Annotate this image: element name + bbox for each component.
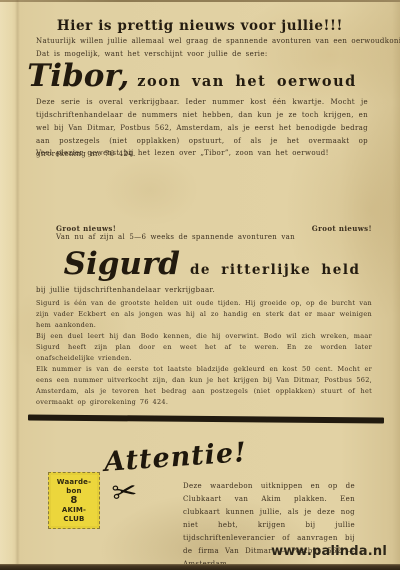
scanned-advertisement-page: Hier is prettig nieuws voor jullie!!! Na… bbox=[0, 0, 400, 570]
coupon-number: 8 bbox=[70, 495, 77, 506]
akim-club-coupon: Waarde- bon 8 AKIM- CLUB bbox=[48, 472, 100, 529]
scan-edge-bottom bbox=[0, 564, 400, 570]
sigurd-title: Sigurd de ritterlijke held bbox=[12, 246, 400, 282]
sigurd-paragraph-3: Elk nummer is van de eerste tot laatste … bbox=[36, 364, 372, 408]
coupon-line-akim: AKIM- bbox=[62, 506, 86, 515]
section-divider-bar bbox=[28, 414, 384, 423]
intro-line-1: Natuurlijk willen jullie allemaal wel gr… bbox=[36, 35, 400, 48]
tibor-title: Tibor, zoon van het oerwoud bbox=[0, 58, 392, 94]
tibor-title-rest: zoon van het oerwoud bbox=[137, 73, 356, 90]
sigurd-title-rest: de ritterlijke held bbox=[190, 262, 360, 278]
sigurd-title-script: Sigurd bbox=[64, 246, 180, 282]
scissors-icon: ✂ bbox=[110, 473, 140, 511]
sigurd-availability: bij jullie tijdschriftenhandelaar verkri… bbox=[36, 284, 215, 297]
sigurd-lead: Van nu af zijn al 5—6 weeks de spannende… bbox=[56, 231, 295, 244]
tibor-title-script: Tibor, bbox=[27, 58, 129, 94]
coupon-line-club: CLUB bbox=[63, 515, 84, 524]
attentie-title: Attentie! bbox=[103, 437, 248, 478]
sigurd-paragraph-1: Sigurd is één van de grootste helden uit… bbox=[36, 298, 372, 331]
page-title: Hier is prettig nieuws voor jullie!!! bbox=[0, 18, 400, 34]
coupon-line-bon: bon bbox=[66, 487, 81, 496]
sigurd-body: Sigurd is één van de grootste helden uit… bbox=[36, 298, 372, 408]
watermark-url: www.palinda.nl bbox=[271, 544, 387, 559]
tibor-closing: Veel plezier gewenst bij het lezen over … bbox=[36, 147, 329, 160]
coupon-line-waarde: Waarde- bbox=[57, 478, 91, 487]
scan-edge-top bbox=[0, 0, 400, 2]
groot-nieuws-right: Groot nieuws! bbox=[312, 224, 372, 233]
sigurd-paragraph-2: Bij een duel leert hij dan Bodo kennen, … bbox=[36, 331, 372, 364]
